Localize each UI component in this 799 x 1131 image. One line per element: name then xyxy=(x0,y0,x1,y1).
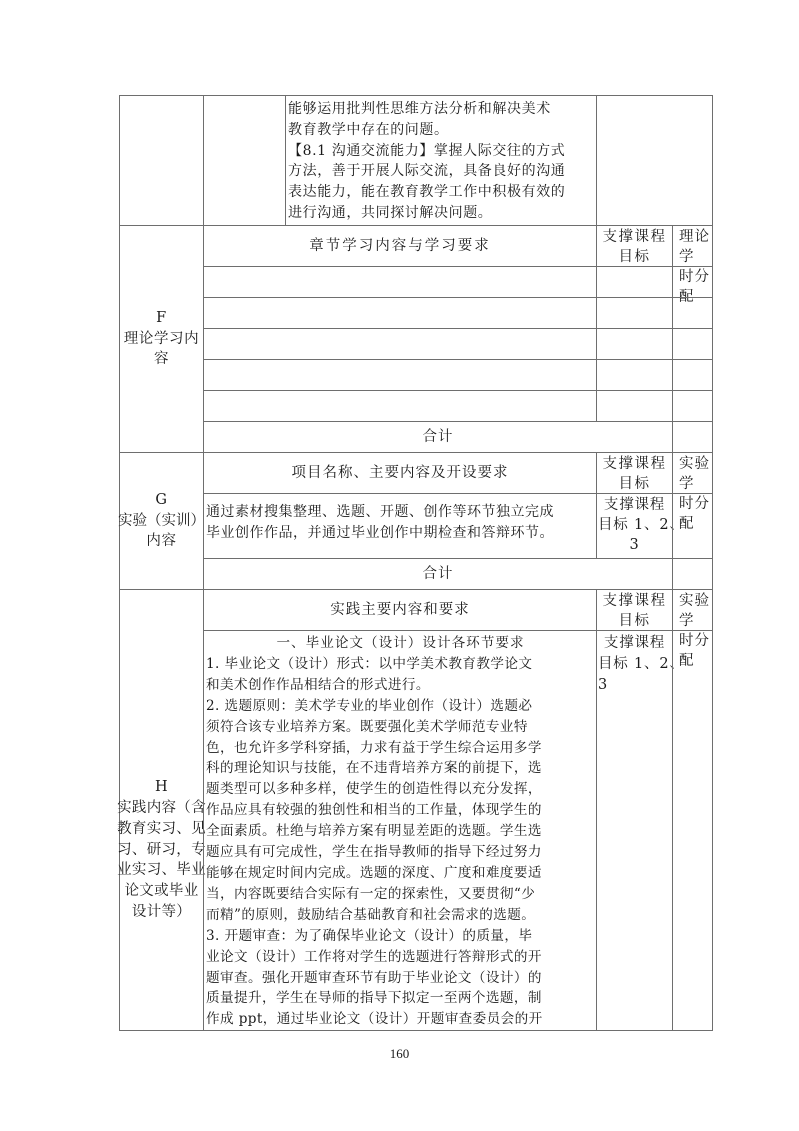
section-f-header-content: 章节学习内容与学习要求 xyxy=(203,225,597,267)
section-g-header-content: 项目名称、主要内容及开设要求 xyxy=(203,452,597,494)
section-f-row-content xyxy=(203,297,597,329)
competency-text-cell: 能够运用批判性思维方法分析和解决美术 教育教学中存在的问题。 【8.1 沟通交流… xyxy=(285,95,597,226)
section-f-row-hours xyxy=(672,297,713,329)
support-line: 支撑课程 xyxy=(597,495,672,515)
section-f-total-value xyxy=(672,421,713,453)
competency-line: 方法，善于开展人际交流，具备良好的沟通 xyxy=(288,161,595,182)
page-number: 160 xyxy=(0,1046,799,1062)
section-f-row-hours xyxy=(672,328,713,360)
section-f-row-support xyxy=(596,266,673,298)
section-f-row-content xyxy=(203,390,597,422)
top-label-cell xyxy=(119,95,204,226)
section-h-label-cell: H 实践内容（含 教育实习、见 习、研习，专 业实习、毕业 论文或毕业 设计等） xyxy=(119,589,204,1031)
section-h-support-cell: 支撑课程 目标 1、2、 3 xyxy=(596,630,673,1031)
header-support-line: 支撑课程 xyxy=(597,591,672,611)
section-h-header-support: 支撑课程 目标 xyxy=(596,589,673,631)
section-h-content-line: 质量提升，学生在导师的指导下拟定一至两个选题，制 xyxy=(206,988,595,1009)
section-h-code: H xyxy=(155,777,168,798)
section-f-row-content xyxy=(203,359,597,391)
section-h-content-line: 全面素质。杜绝与培养方案有明显差距的选题。学生选 xyxy=(206,821,595,842)
header-support-line: 目标 xyxy=(597,611,672,631)
section-h-label-line: 设计等） xyxy=(132,902,191,923)
section-g-label-line: 实验（实训） xyxy=(118,511,205,532)
section-h-label-line: 论文或毕业 xyxy=(125,881,199,902)
section-g-header-hours: 实验学 时分配 xyxy=(672,452,713,494)
section-g-content-line: 通过素材搜集整理、选题、开题、创作等环节独立完成 xyxy=(206,502,595,523)
section-h-label-line: 习、研习，专 xyxy=(117,840,206,861)
section-h-label-line: 业实习、毕业 xyxy=(117,860,206,881)
header-hours-line: 实验学 xyxy=(679,454,712,494)
section-g-row-support: 支撑课程 目标 1、2、 3 xyxy=(596,493,673,559)
section-h-content-line: 作成 ppt，通过毕业论文（设计）开题审查委员会的开 xyxy=(206,1009,595,1030)
header-support-line: 支撑课程 xyxy=(597,454,672,474)
section-f-row-support xyxy=(596,297,673,329)
section-f-row-content xyxy=(203,328,597,360)
section-f-row-support xyxy=(596,359,673,391)
section-f-total-label-text: 合计 xyxy=(423,427,454,448)
section-h-header-content: 实践主要内容和要求 xyxy=(203,589,597,631)
section-h-content-line: 题应具有可完成性，学生在指导教师的指导下经过努力 xyxy=(206,842,595,863)
section-g-total-label: 合计 xyxy=(203,558,673,590)
section-h-content-cell: 一、毕业论文（设计）设计各环节要求 1. 毕业论文（设计）形式：以中学美术教育教… xyxy=(203,630,597,1031)
top-empty-right-cell xyxy=(596,95,713,226)
section-f-header-support: 支撑课程 目标 xyxy=(596,225,673,267)
section-g-header-support: 支撑课程 目标 xyxy=(596,452,673,494)
section-f-row-hours xyxy=(672,359,713,391)
section-f-row-hours xyxy=(672,390,713,422)
section-f-row-hours xyxy=(672,266,713,298)
header-hours-line: 理论学 xyxy=(679,227,712,267)
section-f-label-line: 理论学习内 xyxy=(124,329,200,350)
support-line: 支撑课程 xyxy=(597,633,672,654)
section-h-header-content-text: 实践主要内容和要求 xyxy=(330,600,470,621)
support-line: 目标 1、2、 xyxy=(597,515,672,535)
section-h-content-line: 科的理论知识与技能，在不违背培养方案的前提下，选 xyxy=(206,758,595,779)
section-g-total-label-text: 合计 xyxy=(423,564,454,585)
section-h-content-line: 能够在规定时间内完成。选题的深度、广度和难度要适 xyxy=(206,863,595,884)
section-f-code: F xyxy=(156,308,167,329)
section-f-row-content xyxy=(203,266,597,298)
section-h-content-line: 色，也允许多学科穿插，力求有益于学生综合运用多学 xyxy=(206,738,595,759)
section-h-content-title: 一、毕业论文（设计）设计各环节要求 xyxy=(206,633,595,654)
header-hours-line: 实验学 xyxy=(679,591,712,631)
header-support-line: 目标 xyxy=(597,247,672,267)
section-h-content-line: 1. 毕业论文（设计）形式：以中学美术教育教学论文 xyxy=(206,654,595,675)
competency-line: 表达能力，能在教育教学工作中积极有效的 xyxy=(288,182,595,203)
section-g-label-cell: G 实验（实训） 内容 xyxy=(119,452,204,590)
section-g-code: G xyxy=(155,490,167,511)
section-h-content-line: 3. 开题审查：为了确保毕业论文（设计）的质量，毕 xyxy=(206,926,595,947)
support-line: 目标 1、2、 xyxy=(597,654,672,675)
competency-line: 进行沟通，共同探讨解决问题。 xyxy=(288,203,595,224)
section-h-content-line: 当，内容既要结合实际有一定的探索性，又要贯彻“少 xyxy=(206,884,595,905)
section-f-label-line: 容 xyxy=(154,349,169,370)
section-h-content-line: 作品应具有较强的独创性和相当的工作量，体现学生的 xyxy=(206,800,595,821)
section-h-content-line: 业论文（设计）工作将对学生的选题进行答辩形式的开 xyxy=(206,947,595,968)
section-h-hours-cell xyxy=(672,630,713,1031)
section-f-header-hours: 理论学 时分配 xyxy=(672,225,713,267)
section-h-label-line: 实践内容（含 xyxy=(117,798,206,819)
section-f-total-label: 合计 xyxy=(203,421,673,453)
section-h-content-line: 和美术创作作品相结合的形式进行。 xyxy=(206,675,595,696)
header-support-line: 支撑课程 xyxy=(597,227,672,247)
section-g-row-content: 通过素材搜集整理、选题、开题、创作等环节独立完成 毕业创作作品，并通过毕业创作中… xyxy=(203,493,597,559)
header-support-line: 目标 xyxy=(597,474,672,494)
section-g-total-value xyxy=(672,558,713,590)
section-f-label-cell: F 理论学习内 容 xyxy=(119,225,204,453)
competency-line: 能够运用批判性思维方法分析和解决美术 xyxy=(288,99,595,120)
section-h-header-hours: 实验学 时分配 xyxy=(672,589,713,631)
top-sublabel-cell xyxy=(203,95,286,226)
document-page: 能够运用批判性思维方法分析和解决美术 教育教学中存在的问题。 【8.1 沟通交流… xyxy=(0,0,799,1131)
competency-line: 【8.1 沟通交流能力】掌握人际交往的方式 xyxy=(288,141,595,162)
section-h-content-line: 而精”的原则，鼓励结合基础教育和社会需求的选题。 xyxy=(206,905,595,926)
section-f-row-support xyxy=(596,328,673,360)
section-h-label-line: 教育实习、见 xyxy=(117,819,206,840)
support-line: 3 xyxy=(597,675,672,696)
section-f-header-content-text: 章节学习内容与学习要求 xyxy=(309,236,491,257)
section-g-label-line: 内容 xyxy=(146,531,176,552)
section-h-content-line: 2. 选题原则：美术学专业的毕业创作（设计）选题必 xyxy=(206,696,595,717)
section-h-content-line: 题类型可以多种多样，使学生的创造性得以充分发挥， xyxy=(206,779,595,800)
section-g-row-hours xyxy=(672,493,713,559)
section-h-content-line: 题审查。强化开题审查环节有助于毕业论文（设计）的 xyxy=(206,968,595,989)
competency-line: 教育教学中存在的问题。 xyxy=(288,120,595,141)
section-h-content-line: 须符合该专业培养方案。既要强化美术学师范专业特 xyxy=(206,717,595,738)
support-line: 3 xyxy=(597,535,672,555)
section-f-row-support xyxy=(596,390,673,422)
section-g-header-content-text: 项目名称、主要内容及开设要求 xyxy=(292,463,509,484)
section-g-content-line: 毕业创作作品，并通过毕业创作中期检查和答辩环节。 xyxy=(206,523,595,544)
